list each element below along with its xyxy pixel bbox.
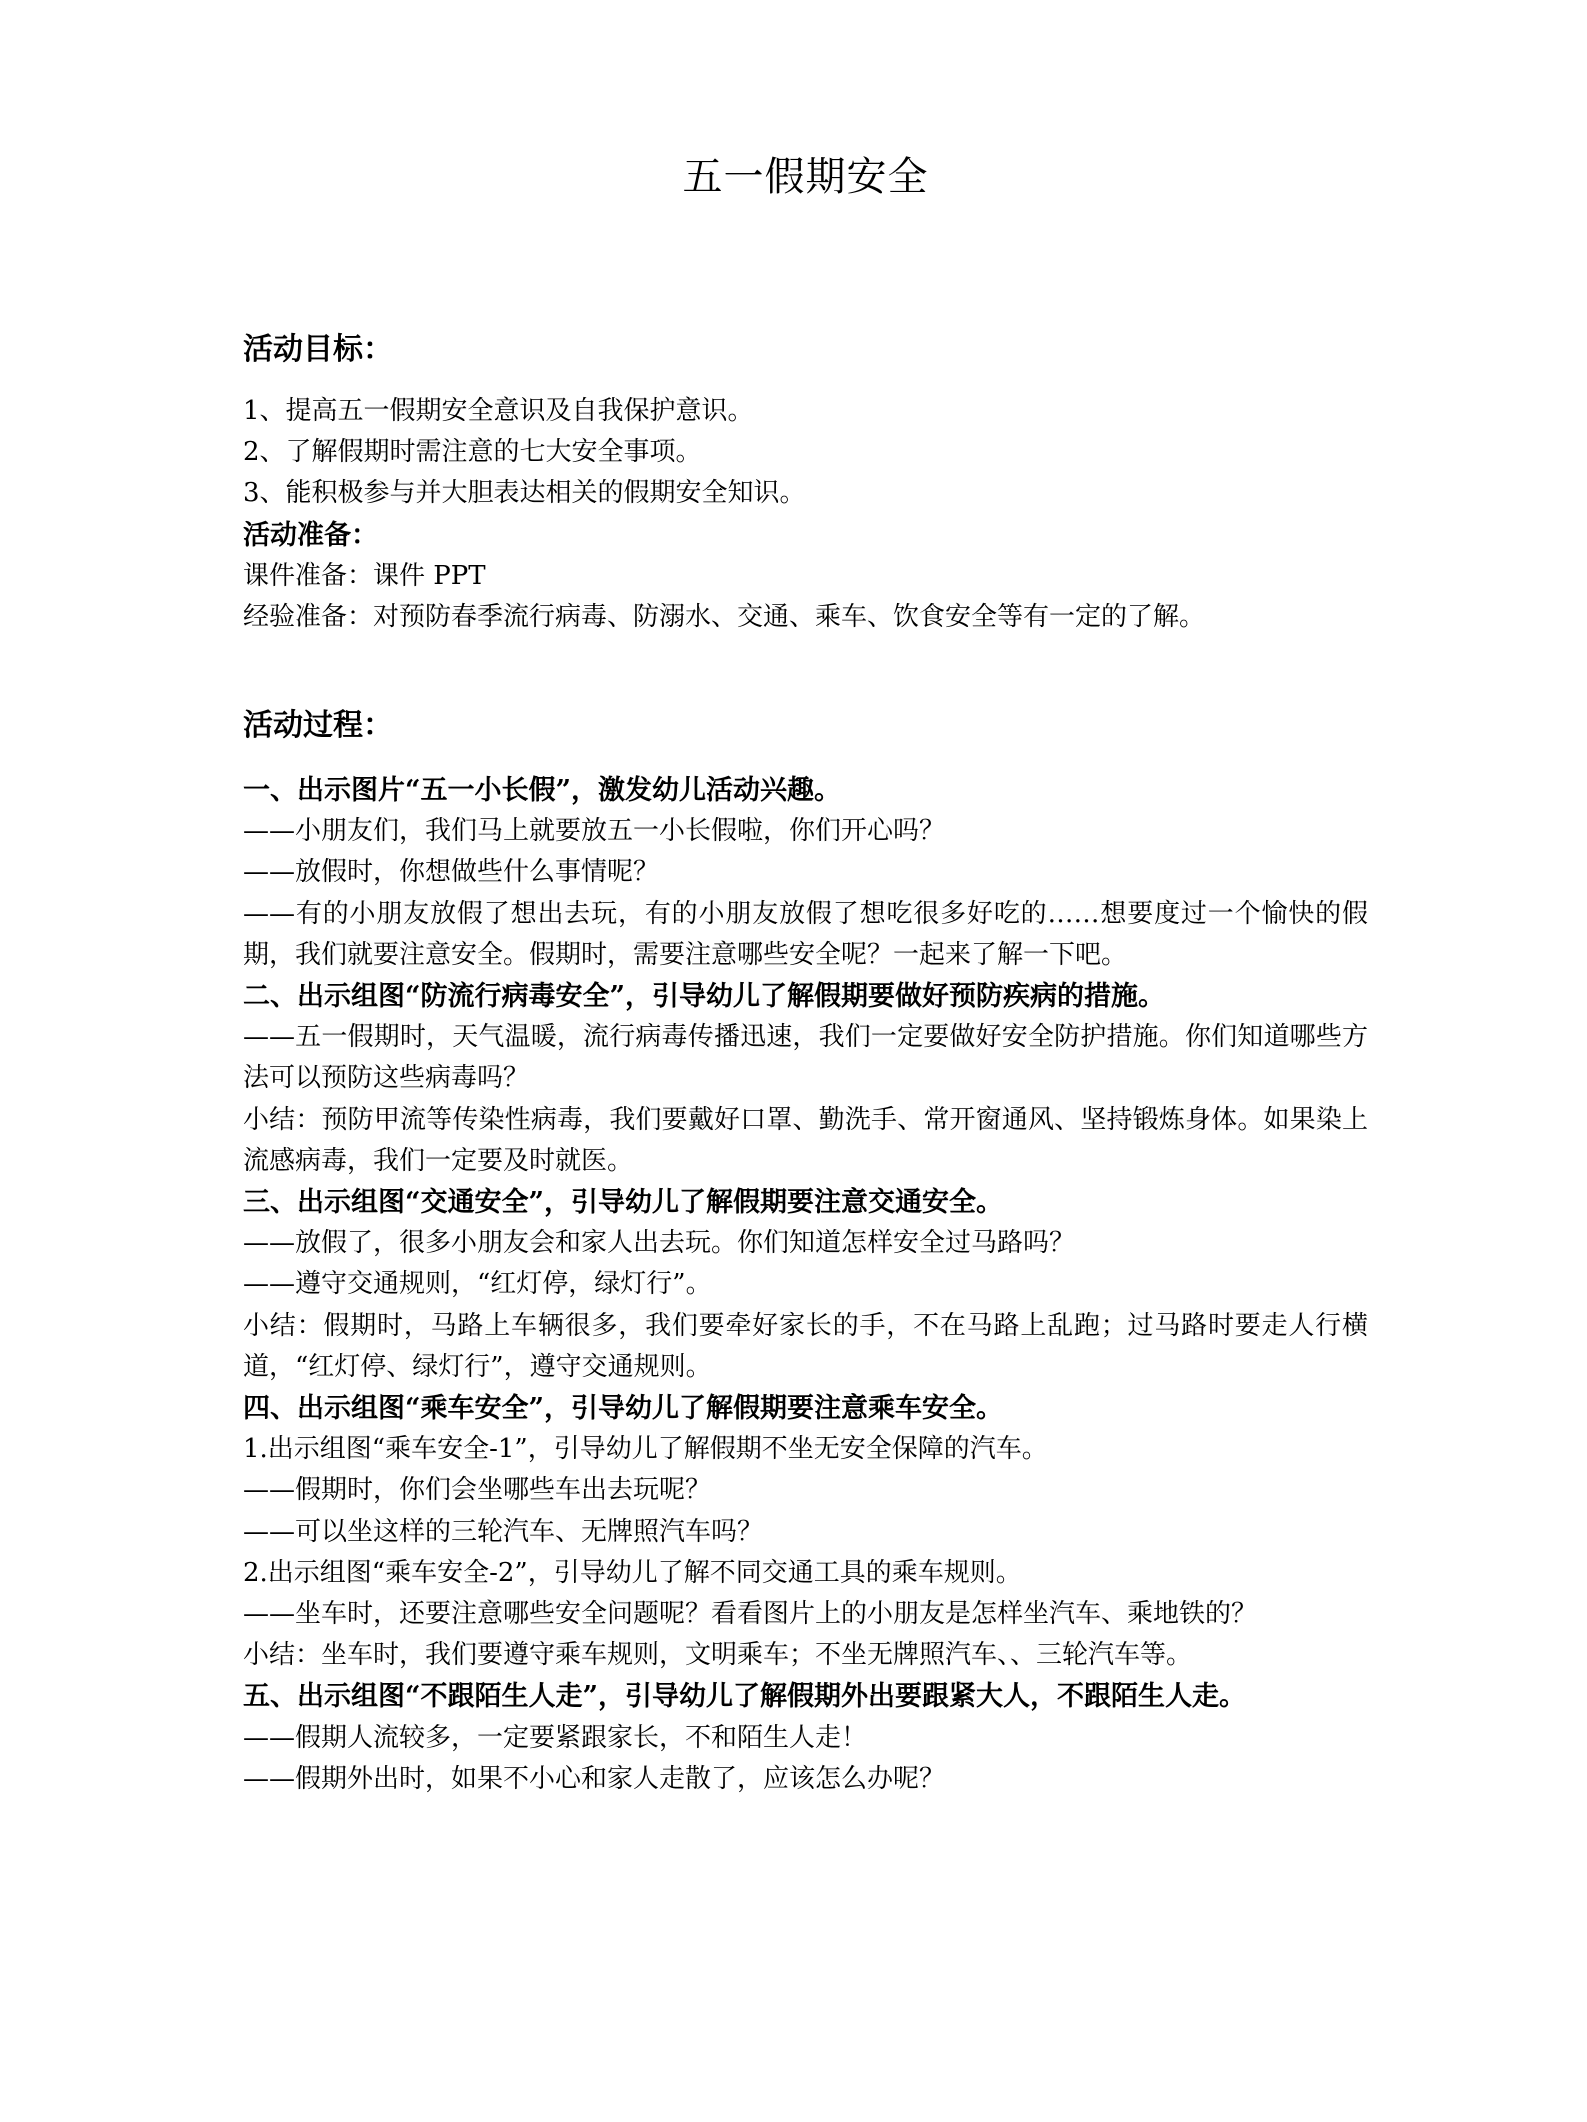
section-title: 四、出示组图“乘车安全”，引导幼儿了解假期要注意乘车安全。 <box>243 1388 1368 1429</box>
section-summary: 小结：坐车时，我们要遵守乘车规则，文明乘车；不坐无牌照汽车、、三轮汽车等。 <box>243 1635 1368 1676</box>
section-line: ——可以坐这样的三轮汽车、无牌照汽车吗？ <box>243 1512 1368 1553</box>
objective-item: 3、能积极参与并大胆表达相关的假期安全知识。 <box>243 473 1368 514</box>
section-line: ——五一假期时，天气温暖，流行病毒传播迅速，我们一定要做好安全防护措施。你们知道… <box>243 1017 1368 1099</box>
section-title: 三、出示组图“交通安全”，引导幼儿了解假期要注意交通安全。 <box>243 1182 1368 1223</box>
objective-item: 1、提高五一假期安全意识及自我保护意识。 <box>243 391 1368 432</box>
section-line: ——假期外出时，如果不小心和家人走散了，应该怎么办呢？ <box>243 1759 1368 1800</box>
section-line: ——假期时，你们会坐哪些车出去玩呢？ <box>243 1470 1368 1511</box>
section-title: 五、出示组图“不跟陌生人走”，引导幼儿了解假期外出要跟紧大人，不跟陌生人走。 <box>243 1676 1368 1717</box>
section-line: ——假期人流较多，一定要紧跟家长，不和陌生人走！ <box>243 1718 1368 1759</box>
preparation-heading: 活动准备： <box>243 515 1368 556</box>
courseware-preparation: 课件准备：课件 PPT <box>243 556 1368 597</box>
section-line: ——遵守交通规则，“红灯停，绿灯行”。 <box>243 1264 1368 1305</box>
objectives-heading: 活动目标： <box>243 330 393 370</box>
section-line: 1.出示组图“乘车安全-1”，引导幼儿了解假期不坐无安全保障的汽车。 <box>243 1429 1368 1470</box>
section-line: ——小朋友们，我们马上就要放五一小长假啦，你们开心吗？ <box>243 811 1368 852</box>
objective-item: 2、了解假期时需注意的七大安全事项。 <box>243 432 1368 473</box>
section-title: 二、出示组图“防流行病毒安全”，引导幼儿了解假期要做好预防疾病的措施。 <box>243 976 1368 1017</box>
section-line: 2.出示组图“乘车安全-2”，引导幼儿了解不同交通工具的乘车规则。 <box>243 1553 1368 1594</box>
section-title: 一、出示图片“五一小长假”，激发幼儿活动兴趣。 <box>243 770 1368 811</box>
experience-preparation: 经验准备：对预防春季流行病毒、防溺水、交通、乘车、饮食安全等有一定的了解。 <box>243 597 1368 638</box>
section-summary: 小结：预防甲流等传染性病毒，我们要戴好口罩、勤洗手、常开窗通风、坚持锻炼身体。如… <box>243 1100 1368 1182</box>
process-content: 一、出示图片“五一小长假”，激发幼儿活动兴趣。 ——小朋友们，我们马上就要放五一… <box>243 770 1368 1800</box>
section-line: ——有的小朋友放假了想出去玩，有的小朋友放假了想吃很多好吃的……想要度过一个愉快… <box>243 894 1368 976</box>
section-summary: 小结：假期时，马路上车辆很多，我们要牵好家长的手，不在马路上乱跑；过马路时要走人… <box>243 1306 1368 1388</box>
section-line: ——放假时，你想做些什么事情呢？ <box>243 852 1368 893</box>
objectives-and-preparation: 1、提高五一假期安全意识及自我保护意识。 2、了解假期时需注意的七大安全事项。 … <box>243 391 1368 638</box>
process-heading: 活动过程： <box>243 706 393 746</box>
document-title: 五一假期安全 <box>243 152 1368 202</box>
section-line: ——坐车时，还要注意哪些安全问题呢？看看图片上的小朋友是怎样坐汽车、乘地铁的？ <box>243 1594 1368 1635</box>
section-line: ——放假了，很多小朋友会和家人出去玩。你们知道怎样安全过马路吗？ <box>243 1223 1368 1264</box>
